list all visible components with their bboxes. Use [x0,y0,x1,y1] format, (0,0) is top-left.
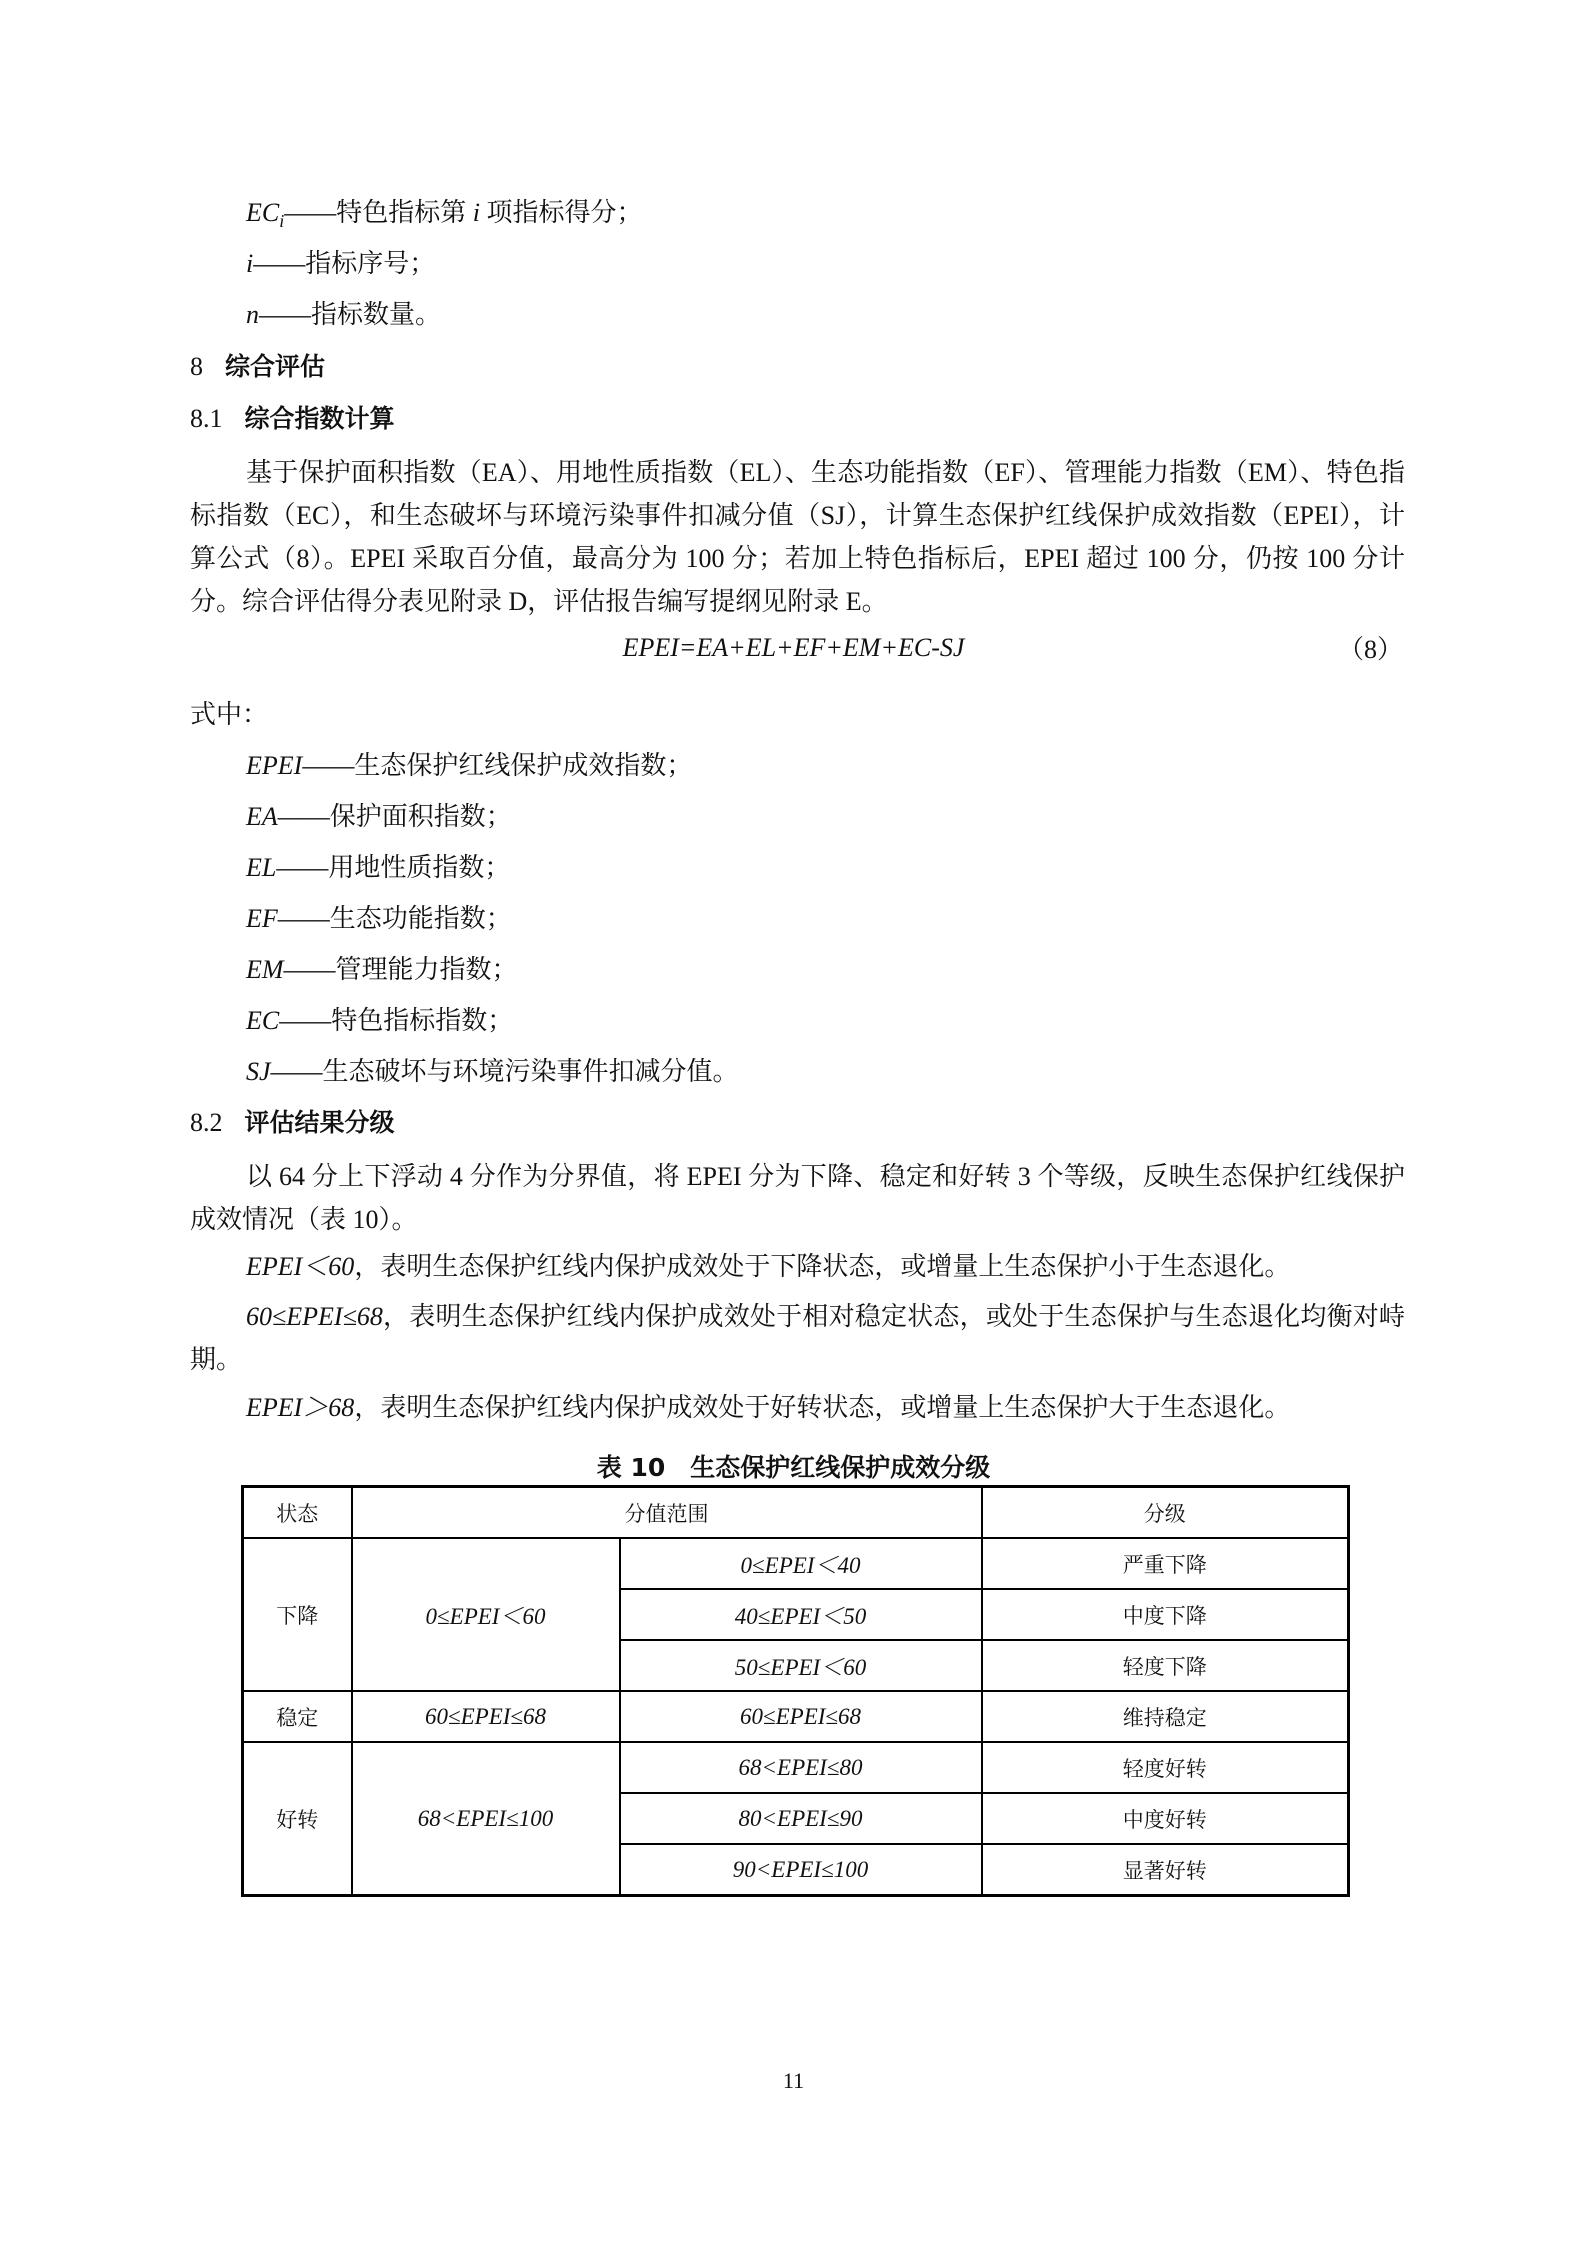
where-label: 式中： [190,698,268,732]
grade-cell: 中度好转 [982,1793,1349,1844]
section-heading-8-1: 8.1综合指数计算 [190,402,395,436]
range-cell: 68<EPEI≤100 [352,1742,620,1896]
grade-cell: 维持稳定 [982,1691,1349,1742]
subrange-cell: 40≤EPEI＜50 [620,1589,982,1640]
section-number: 8.1 [190,404,223,433]
grade-cell: 轻度下降 [982,1640,1349,1691]
section-title: 评估结果分级 [245,1108,395,1137]
definition-text: ——用地性质指数； [276,853,510,882]
section-number: 8.2 [190,1108,223,1137]
condition-improve: EPEI＞68，表明生态保护红线内保护成效处于好转状态，或增量上生态保护大于生态… [190,1386,1405,1429]
subrange-cell: 0≤EPEI＜40 [620,1538,982,1589]
header-grade: 分级 [982,1487,1349,1539]
grading-table: 状态 分值范围 分级 下降 0≤EPEI＜60 0≤EPEI＜40 严重下降 4… [241,1485,1350,1897]
symbol: EM [246,955,284,984]
definition-text: ——生态保护红线保护成效指数； [302,751,692,780]
definition-ef: EF——生态功能指数； [246,902,512,936]
section-heading-8: 8综合评估 [190,350,325,384]
definition-sj: SJ——生态破坏与环境污染事件扣减分值。 [246,1055,739,1089]
subrange-cell: 68<EPEI≤80 [620,1742,982,1793]
definition-text: ——保护面积指数； [278,802,512,831]
definition-text: ——指标数量。 [259,300,441,329]
definition-epei: EPEI——生态保护红线保护成效指数； [246,749,692,783]
state-cell: 下降 [243,1538,352,1691]
header-state: 状态 [243,1487,352,1539]
definition-eci: ECi——特色指标第 i 项指标得分； [246,196,643,238]
section-title: 综合评估 [225,352,325,381]
condition-decline: EPEI＜60，表明生态保护红线内保护成效处于下降状态，或增量上生态保护小于生态… [190,1245,1405,1288]
definition-ec: EC——特色指标指数； [246,1004,513,1038]
state-cell: 稳定 [243,1691,352,1742]
symbol: EL [246,853,276,882]
table-row: 好转 68<EPEI≤100 68<EPEI≤80 轻度好转 [243,1742,1349,1793]
definition-text: 项指标得分； [480,198,643,227]
section-number: 8 [190,352,203,381]
definition-text: ——指标序号； [253,249,435,278]
section-title: 综合指数计算 [245,404,395,433]
definition-text: ——生态破坏与环境污染事件扣减分值。 [271,1057,739,1086]
grade-cell: 中度下降 [982,1589,1349,1640]
subrange-cell: 50≤EPEI＜60 [620,1640,982,1691]
table-row: 下降 0≤EPEI＜60 0≤EPEI＜40 严重下降 [243,1538,1349,1589]
range-cell: 60≤EPEI≤68 [352,1691,620,1742]
symbol: EC [246,198,279,227]
definition-text: ——生态功能指数； [278,904,512,933]
page-number: 11 [0,2068,1587,2094]
range-cell: 0≤EPEI＜60 [352,1538,620,1691]
grade-cell: 严重下降 [982,1538,1349,1589]
condition-expression: EPEI＜60 [246,1252,354,1281]
grade-cell: 轻度好转 [982,1742,1349,1793]
definition-n: n——指标数量。 [246,298,441,332]
condition-expression: EPEI＞68 [246,1393,354,1422]
symbol: EA [246,802,278,831]
index-variable: i [473,198,480,227]
definition-i: i——指标序号； [246,247,435,281]
table-row: 稳定 60≤EPEI≤68 60≤EPEI≤68 维持稳定 [243,1691,1349,1742]
definition-ea: EA——保护面积指数； [246,800,512,834]
table-header-row: 状态 分值范围 分级 [243,1487,1349,1539]
definition-text: ——特色指标指数； [279,1006,513,1035]
subrange-cell: 90<EPEI≤100 [620,1844,982,1896]
symbol: n [246,300,259,329]
definition-em: EM——管理能力指数； [246,953,518,987]
paragraph-8-1: 基于保护面积指数（EA）、用地性质指数（EL）、生态功能指数（EF）、管理能力指… [190,451,1405,623]
header-range: 分值范围 [352,1487,982,1539]
paragraph-8-2: 以 64 分上下浮动 4 分作为分界值，将 EPEI 分为下降、稳定和好转 3 … [190,1155,1405,1241]
definition-text: ——管理能力指数； [284,955,518,984]
formula-number: （8） [1338,633,1403,667]
condition-stable: 60≤EPEI≤68，表明生态保护红线内保护成效处于相对稳定状态，或处于生态保护… [190,1295,1405,1381]
condition-text: ，表明生态保护红线内保护成效处于下降状态，或增量上生态保护小于生态退化。 [354,1252,1290,1281]
table-caption: 表 10 生态保护红线保护成效分级 [0,1448,1587,1484]
state-cell: 好转 [243,1742,352,1896]
symbol: SJ [246,1057,271,1086]
symbol: EC [246,1006,279,1035]
subrange-cell: 60≤EPEI≤68 [620,1691,982,1742]
subrange-cell: 80<EPEI≤90 [620,1793,982,1844]
definition-el: EL——用地性质指数； [246,851,510,885]
definition-text: ——特色指标第 [284,198,473,227]
condition-expression: 60≤EPEI≤68 [246,1302,383,1331]
grade-cell: 显著好转 [982,1844,1349,1896]
section-heading-8-2: 8.2评估结果分级 [190,1106,395,1140]
symbol: EF [246,904,278,933]
symbol: EPEI [246,751,302,780]
condition-text: ，表明生态保护红线内保护成效处于好转状态，或增量上生态保护大于生态退化。 [354,1393,1290,1422]
